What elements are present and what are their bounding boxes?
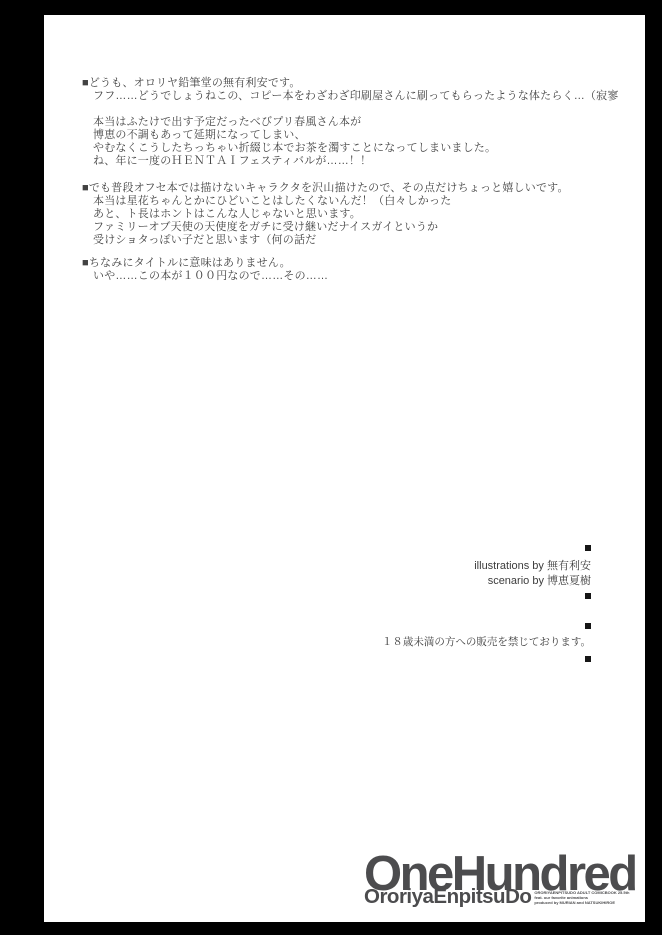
marker-square-row: [382, 623, 591, 629]
afterword-line: やむなくこうしたちっちゃい折綴じ本でお茶を濁すことになってしまいました。: [93, 142, 602, 155]
square-marker-icon: [585, 593, 591, 599]
scanned-page-background: { "colors": { "background": "#000000", "…: [0, 0, 662, 935]
afterword-line: ■どうも、オロリヤ鉛筆堂の無有利安です。: [93, 77, 602, 90]
afterword-line: あと、ト長はホントはこんな人じゃないと思います。: [93, 208, 602, 221]
afterword-text-block: ■どうも、オロリヤ鉛筆堂の無有利安です。 フフ……どうでしょうねこの、コピー本を…: [82, 77, 602, 283]
square-marker-icon: [585, 623, 591, 629]
marker-square-row: [382, 545, 591, 551]
afterword-paragraph: 本当はふたけで出す予定だったべびプリ春風さん本が 博恵の不調もあって延期になって…: [82, 116, 602, 168]
age-restriction-notice: １８歳未満の方への販売を禁じております。: [382, 635, 591, 650]
afterword-line: ね、年に一度のＨＥＮＴＡＩフェスティバルが……！！: [93, 155, 602, 168]
logo-subtitle-row: OroriyaEnpitsuDo ORORIYAENPITSUDO ADULT …: [364, 887, 642, 906]
illustrations-credit: illustrations by 無有利安: [382, 559, 591, 574]
square-marker-icon: [585, 545, 591, 551]
afterword-line: いや……この本が１００円なので……その……: [93, 270, 602, 283]
afterword-paragraph: ■ちなみにタイトルに意味はありません。 いや……この本が１００円なので……その……: [82, 257, 602, 283]
logo-fine-print-line: produced by MURIAN and NATSUKIHIROE: [534, 900, 629, 905]
logo-fine-print: ORORIYAENPITSUDO ADULT COMICBOOK 25.5th …: [534, 890, 629, 906]
paper-page: ■どうも、オロリヤ鉛筆堂の無有利安です。 フフ……どうでしょうねこの、コピー本を…: [44, 15, 645, 922]
afterword-line: 受けショタっぽい子だと思います（何の話だ: [93, 234, 602, 247]
marker-square-row: [382, 593, 591, 599]
logo-subtitle: OroriyaEnpitsuDo: [364, 887, 531, 906]
afterword-line: 本当は星花ちゃんとかにひどいことはしたくないんだ！（白々しかった: [93, 195, 602, 208]
afterword-line: ■でも普段オフセ本では描けないキャラクタを沢山描けたので、その点だけちょっと嬉し…: [93, 182, 602, 195]
afterword-paragraph: ■でも普段オフセ本では描けないキャラクタを沢山描けたので、その点だけちょっと嬉し…: [82, 182, 602, 247]
afterword-line: フフ……どうでしょうねこの、コピー本をわざわざ印刷屋さんに刷ってもらったような体…: [93, 90, 602, 103]
afterword-line: ファミリーオブ天使の天使度をガチに受け継いだナイスガイというか: [93, 221, 602, 234]
marker-square-row: [382, 656, 591, 662]
credits-block: illustrations by 無有利安 scenario by 博恵夏樹 １…: [382, 545, 591, 662]
scenario-credit: scenario by 博恵夏樹: [382, 574, 591, 589]
circle-logo: OneHundred OroriyaEnpitsuDo ORORIYAENPIT…: [364, 854, 642, 906]
afterword-line: ■ちなみにタイトルに意味はありません。: [93, 257, 602, 270]
afterword-paragraph: ■どうも、オロリヤ鉛筆堂の無有利安です。 フフ……どうでしょうねこの、コピー本を…: [82, 77, 602, 103]
afterword-line: 本当はふたけで出す予定だったべびプリ春風さん本が: [93, 116, 602, 129]
afterword-line: 博恵の不調もあって延期になってしまい、: [93, 129, 602, 142]
square-marker-icon: [585, 656, 591, 662]
